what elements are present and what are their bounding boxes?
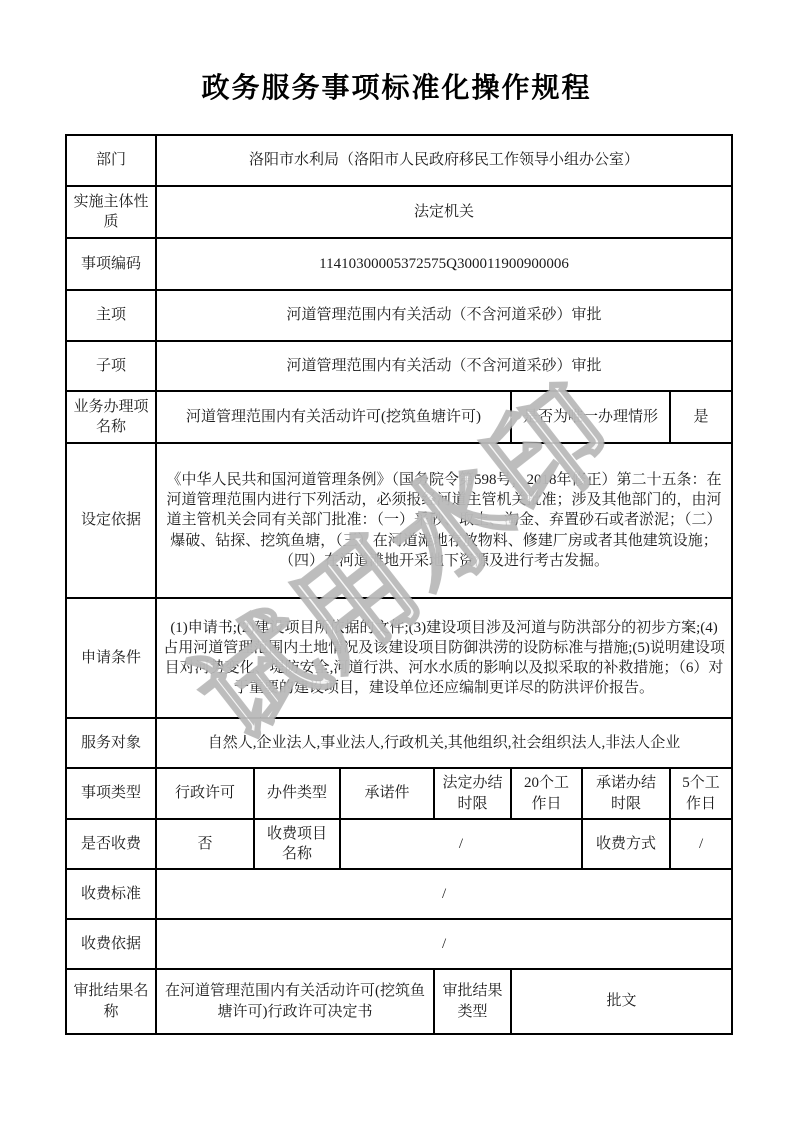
unique-case-value: 是: [670, 391, 732, 443]
item-type-label: 事项类型: [66, 768, 156, 819]
row-legal-basis: 设定依据 《中华人民共和国河道管理条例》（国务院令第598号，2018年修正）第…: [66, 443, 732, 598]
department-label: 部门: [66, 135, 156, 186]
document-page: 政务服务事项标准化操作规程 部门 洛阳市水利局（洛阳市人民政府移民工作领导小组办…: [0, 0, 793, 1123]
row-approval-result: 审批结果名称 在河道管理范围内有关活动许可(挖筑鱼塘许可)行政许可决定书 审批结…: [66, 969, 732, 1034]
item-code-value: 11410300005372575Q300011900900006: [156, 238, 732, 290]
approval-result-name-label: 审批结果名称: [66, 969, 156, 1034]
fee-item-value: /: [340, 819, 582, 869]
handling-type-value: 承诺件: [340, 768, 434, 819]
legal-basis-label: 设定依据: [66, 443, 156, 598]
row-service-target: 服务对象 自然人,企业法人,事业法人,行政机关,其他组织,社会组织法人,非法人企…: [66, 718, 732, 768]
business-item-value: 河道管理范围内有关活动许可(挖筑鱼塘许可): [156, 391, 511, 443]
unique-case-label: 是否为唯一办理情形: [511, 391, 670, 443]
main-item-value: 河道管理范围内有关活动（不含河道采砂）审批: [156, 290, 732, 341]
application-conditions-label: 申请条件: [66, 598, 156, 718]
fee-method-label: 收费方式: [582, 819, 670, 869]
fee-standard-value: /: [156, 869, 732, 919]
row-fee-standard: 收费标准 /: [66, 869, 732, 919]
row-subject-nature: 实施主体性质 法定机关: [66, 186, 732, 238]
row-fee: 是否收费 否 收费项目名称 / 收费方式 /: [66, 819, 732, 869]
approval-result-name-value: 在河道管理范围内有关活动许可(挖筑鱼塘许可)行政许可决定书: [156, 969, 434, 1034]
subject-nature-value: 法定机关: [156, 186, 732, 238]
statutory-limit-label: 法定办结时限: [434, 768, 511, 819]
main-item-label: 主项: [66, 290, 156, 341]
service-item-table: 部门 洛阳市水利局（洛阳市人民政府移民工作领导小组办公室） 实施主体性质 法定机…: [65, 134, 733, 1035]
sub-item-value: 河道管理范围内有关活动（不含河道采砂）审批: [156, 341, 732, 391]
fee-flag-label: 是否收费: [66, 819, 156, 869]
approval-result-type-label: 审批结果类型: [434, 969, 511, 1034]
page-title: 政务服务事项标准化操作规程: [0, 66, 793, 106]
approval-result-type-value: 批文: [511, 969, 732, 1034]
fee-method-value: /: [670, 819, 732, 869]
fee-standard-label: 收费标准: [66, 869, 156, 919]
fee-basis-value: /: [156, 919, 732, 969]
item-type-value: 行政许可: [156, 768, 254, 819]
sub-item-label: 子项: [66, 341, 156, 391]
subject-nature-label: 实施主体性质: [66, 186, 156, 238]
row-department: 部门 洛阳市水利局（洛阳市人民政府移民工作领导小组办公室）: [66, 135, 732, 186]
fee-flag-value: 否: [156, 819, 254, 869]
application-conditions-value: (1)申请书;(2)建设项目所依据的文件;(3)建设项目涉及河道与防洪部分的初步…: [156, 598, 732, 718]
row-fee-basis: 收费依据 /: [66, 919, 732, 969]
service-target-value: 自然人,企业法人,事业法人,行政机关,其他组织,社会组织法人,非法人企业: [156, 718, 732, 768]
row-item-type: 事项类型 行政许可 办件类型 承诺件 法定办结时限 20个工作日 承诺办结时限 …: [66, 768, 732, 819]
row-item-code: 事项编码 11410300005372575Q300011900900006: [66, 238, 732, 290]
row-application-conditions: 申请条件 (1)申请书;(2)建设项目所依据的文件;(3)建设项目涉及河道与防洪…: [66, 598, 732, 718]
fee-basis-label: 收费依据: [66, 919, 156, 969]
row-main-item: 主项 河道管理范围内有关活动（不含河道采砂）审批: [66, 290, 732, 341]
promised-limit-label: 承诺办结时限: [582, 768, 670, 819]
department-value: 洛阳市水利局（洛阳市人民政府移民工作领导小组办公室）: [156, 135, 732, 186]
row-business-item: 业务办理项名称 河道管理范围内有关活动许可(挖筑鱼塘许可) 是否为唯一办理情形 …: [66, 391, 732, 443]
handling-type-label: 办件类型: [254, 768, 340, 819]
item-code-label: 事项编码: [66, 238, 156, 290]
row-sub-item: 子项 河道管理范围内有关活动（不含河道采砂）审批: [66, 341, 732, 391]
service-target-label: 服务对象: [66, 718, 156, 768]
fee-item-label: 收费项目名称: [254, 819, 340, 869]
business-item-label: 业务办理项名称: [66, 391, 156, 443]
promised-limit-value: 5个工作日: [670, 768, 732, 819]
statutory-limit-value: 20个工作日: [511, 768, 582, 819]
legal-basis-value: 《中华人民共和国河道管理条例》（国务院令第598号，2018年修正）第二十五条：…: [156, 443, 732, 598]
